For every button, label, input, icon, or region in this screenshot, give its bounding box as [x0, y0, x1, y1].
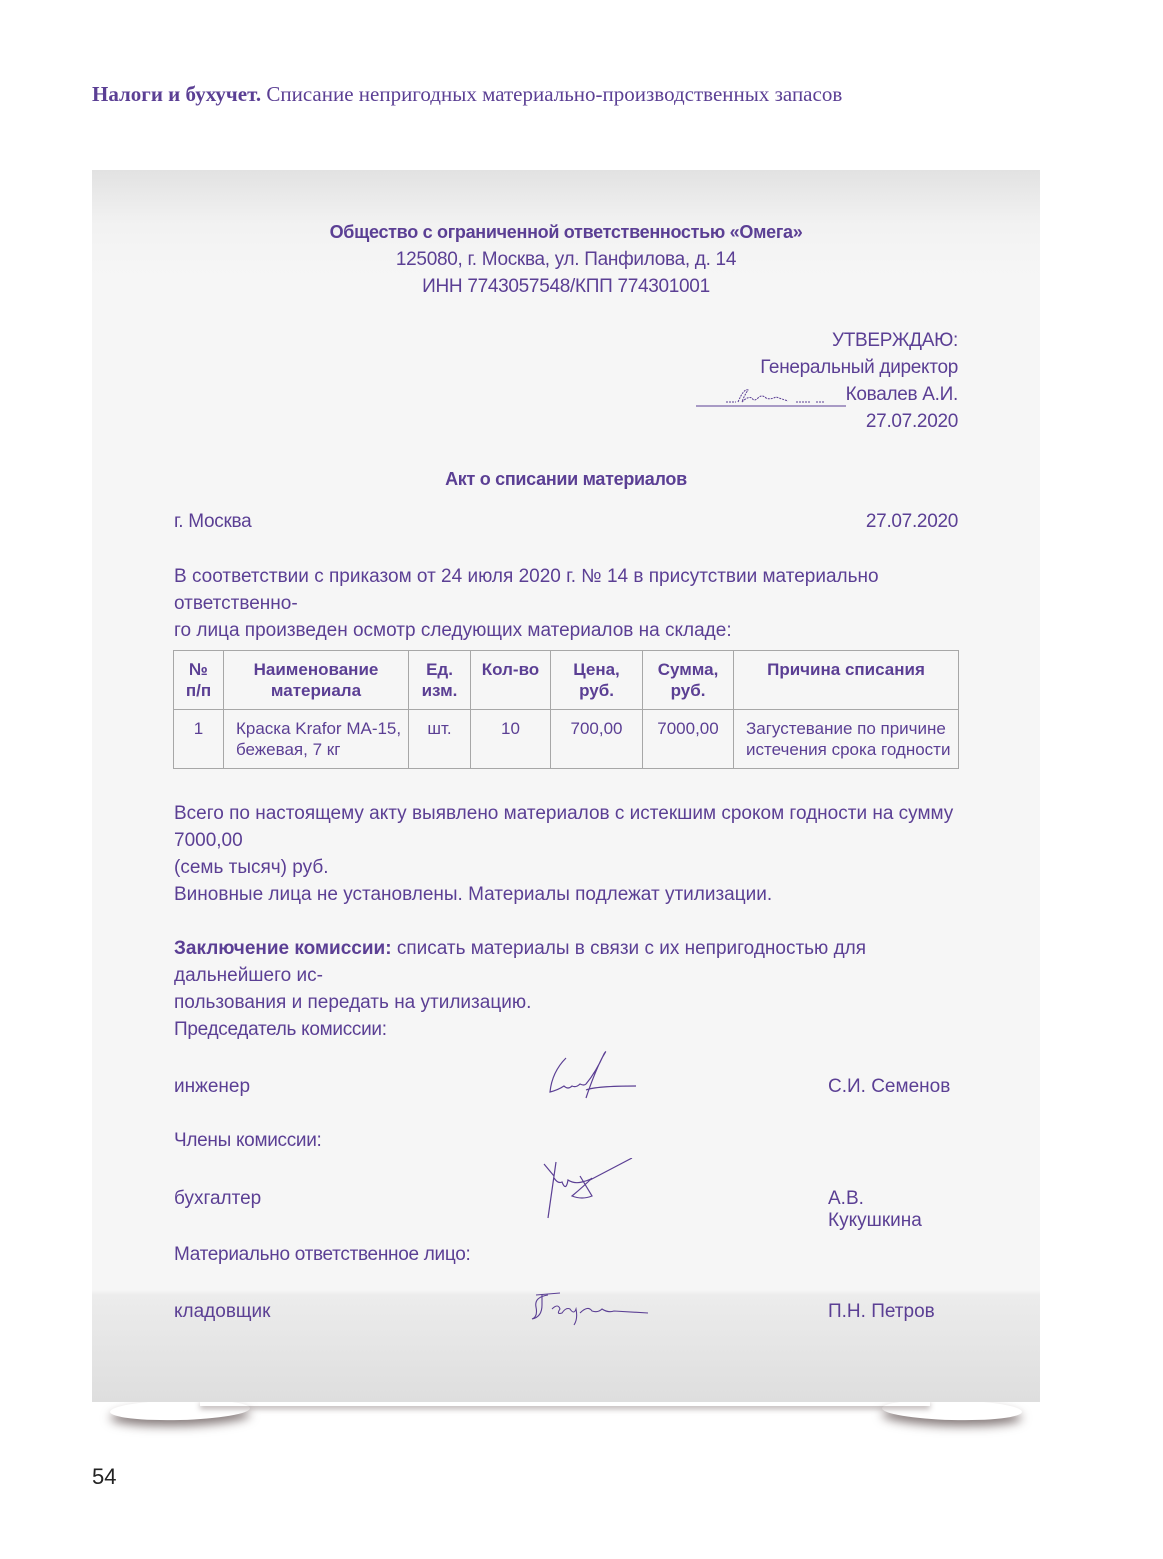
approval-label: УТВЕРЖДАЮ:	[832, 330, 958, 352]
responsible-label: Материально ответственное лицо:	[174, 1244, 470, 1266]
intro-line-2: го лица произведен осмотр следующих мате…	[174, 617, 959, 644]
member-role: бухгалтер	[174, 1188, 261, 1210]
col-header-price: Цена,руб.	[551, 651, 643, 710]
chairman-name: С.И. Семенов	[828, 1076, 950, 1098]
organization-name: Общество с ограниченной ответственностью…	[92, 222, 1040, 243]
organization-address: 125080, г. Москва, ул. Панфилова, д. 14	[92, 249, 1040, 271]
materials-table: №п/п Наименованиематериала Ед.изм. Кол-в…	[173, 650, 959, 769]
responsible-role: кладовщик	[174, 1301, 270, 1323]
document-panel: Общество с ограниченной ответственностью…	[92, 170, 1040, 1402]
col-header-qty: Кол-во	[471, 651, 551, 710]
col-header-number: №п/п	[174, 651, 224, 710]
responsible-name: П.Н. Петров	[828, 1301, 935, 1323]
chairman-signature-icon	[544, 1050, 644, 1102]
responsible-signature-icon	[530, 1291, 650, 1331]
cell-name: Краска Krafor МА-15,бежевая, 7 кг	[224, 710, 409, 769]
running-head-section: Налоги и бухучет.	[92, 82, 261, 106]
table-row: 1 Краска Krafor МА-15,бежевая, 7 кг шт. …	[174, 710, 959, 769]
approval-position: Генеральный директор	[760, 357, 958, 379]
approval-date: 27.07.2020	[866, 411, 958, 433]
culprits-paragraph: Виновные лица не установлены. Материалы …	[174, 881, 959, 908]
responsible-signature-row: кладовщик П.Н. Петров	[174, 1301, 959, 1331]
cell-unit: шт.	[409, 710, 471, 769]
page-number: 54	[92, 1464, 116, 1490]
total-line-1: Всего по настоящему акту выявлено матери…	[174, 800, 959, 854]
act-title: Акт о списании материалов	[92, 469, 1040, 490]
chairman-label: Председатель комиссии:	[174, 1019, 387, 1041]
intro-line-1: В соответствии с приказом от 24 июля 202…	[174, 563, 959, 617]
intro-paragraph: В соответствии с приказом от 24 июля 202…	[174, 563, 959, 644]
cell-number: 1	[174, 710, 224, 769]
members-label: Члены комиссии:	[174, 1130, 322, 1152]
table-header-row: №п/п Наименованиематериала Ед.изм. Кол-в…	[174, 651, 959, 710]
total-paragraph: Всего по настоящему акту выявлено матери…	[174, 800, 959, 881]
culprits-text: Виновные лица не установлены. Материалы …	[174, 881, 959, 908]
cell-qty: 10	[471, 710, 551, 769]
organization-tax-ids: ИНН 7743057548/КПП 774301001	[92, 276, 1040, 298]
col-header-sum: Сумма,руб.	[643, 651, 734, 710]
conclusion-label: Заключение комиссии:	[174, 938, 392, 959]
act-date: 27.07.2020	[866, 511, 958, 533]
panel-shadow-curl	[110, 1400, 1022, 1424]
cell-reason: Загустевание по причинеистечения срока г…	[734, 710, 959, 769]
cell-sum: 7000,00	[643, 710, 734, 769]
act-city: г. Москва	[174, 511, 251, 533]
cell-price: 700,00	[551, 710, 643, 769]
chairman-role: инженер	[174, 1076, 250, 1098]
total-line-2: (семь тысяч) руб.	[174, 854, 959, 881]
member-signature-row: бухгалтер А.В. Кукушкина	[174, 1188, 959, 1218]
conclusion-text-2: пользования и передать на утилизацию.	[174, 989, 959, 1016]
col-header-name: Наименованиематериала	[224, 651, 409, 710]
col-header-unit: Ед.изм.	[409, 651, 471, 710]
member-signature-icon	[540, 1158, 640, 1222]
running-head-title: Списание непригодных материально-произво…	[266, 82, 842, 106]
director-signature-icon	[696, 382, 846, 408]
member-name: А.В. Кукушкина	[828, 1188, 959, 1232]
approval-signer: Ковалев А.И.	[846, 384, 958, 406]
conclusion-paragraph: Заключение комиссии: списать материалы в…	[174, 935, 959, 1016]
col-header-reason: Причина списания	[734, 651, 959, 710]
chairman-signature-row: инженер С.И. Семенов	[174, 1076, 959, 1106]
running-head: Налоги и бухучет. Списание непригодных м…	[92, 82, 842, 107]
